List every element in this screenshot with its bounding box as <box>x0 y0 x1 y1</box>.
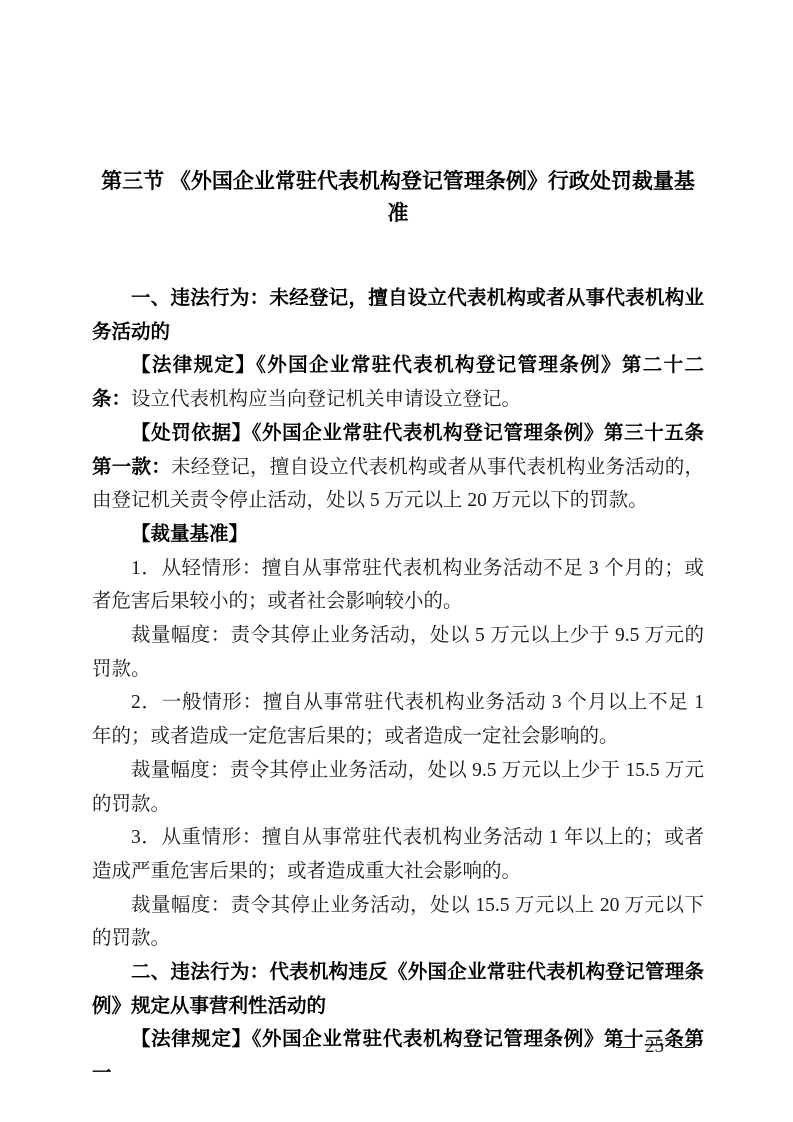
lenient-circumstance: 1．从轻情形：擅自从事常驻代表机构业务活动不足 3 个月的；或者危害后果较小的；… <box>92 552 704 619</box>
general-range-text: 裁量幅度：责令其停止业务活动，处以 9.5 万元以上少于 15.5 万元的罚款。 <box>92 760 704 815</box>
penalty-basis-1-text: 未经登记，擅自设立代表机构或者从事代表机构业务活动的，由登记机关责令停止活动，处… <box>92 457 704 512</box>
general-circumstance: 2．一般情形：擅自从事常驻代表机构业务活动 3 个月以上不足 1 年的；或者造成… <box>92 686 704 753</box>
general-range: 裁量幅度：责令其停止业务活动，处以 9.5 万元以上少于 15.5 万元的罚款。 <box>92 754 704 821</box>
discretion-standard-heading: 【裁量基准】 <box>92 518 704 552</box>
violation-2-heading-text: 二、违法行为：代表机构违反《外国企业常驻代表机构登记管理条例》规定从事营利性活动… <box>92 961 704 1017</box>
general-circumstance-text: 2．一般情形：擅自从事常驻代表机构业务活动 3 个月以上不足 1 年的；或者造成… <box>92 692 704 747</box>
severe-circumstance: 3．从重情形：擅自从事常驻代表机构业务活动 1 年以上的；或者造成严重危害后果的… <box>92 821 704 888</box>
penalty-basis-1: 【处罚依据】《外国企业常驻代表机构登记管理条例》第三十五条第一款：未经登记，擅自… <box>92 417 704 518</box>
lenient-range: 裁量幅度：责令其停止业务活动，处以 5 万元以上少于 9.5 万元的罚款。 <box>92 619 704 686</box>
page-number-value: 25 <box>645 1036 664 1058</box>
page-number-dash-left: — <box>616 1036 635 1058</box>
legal-provision-2: 【法律规定】《外国企业常驻代表机构登记管理条例》第十三条第一 <box>92 1023 704 1090</box>
violation-1-heading: 一、违法行为：未经登记，擅自设立代表机构或者从事代表机构业务活动的 <box>92 282 704 349</box>
severe-circumstance-text: 3．从重情形：擅自从事常驻代表机构业务活动 1 年以上的；或者造成严重危害后果的… <box>92 827 704 882</box>
page-number: —25— <box>616 1036 693 1058</box>
violation-1-heading-text: 一、违法行为：未经登记，擅自设立代表机构或者从事代表机构业务活动的 <box>92 287 704 343</box>
section-title: 第三节 《外国企业常驻代表机构登记管理条例》行政处罚裁量基准 <box>92 166 704 230</box>
page-number-dash-right: — <box>674 1036 693 1058</box>
discretion-standard-label: 【裁量基准】 <box>131 524 248 545</box>
violation-2-heading: 二、违法行为：代表机构违反《外国企业常驻代表机构登记管理条例》规定从事营利性活动… <box>92 956 704 1023</box>
legal-provision-2-label: 【法律规定】《外国企业常驻代表机构登记管理条例》第十三条第一 <box>92 1029 704 1084</box>
lenient-range-text: 裁量幅度：责令其停止业务活动，处以 5 万元以上少于 9.5 万元的罚款。 <box>92 625 704 680</box>
legal-provision-1: 【法律规定】《外国企业常驻代表机构登记管理条例》第二十二条：设立代表机构应当向登… <box>92 349 704 416</box>
document-page: 第三节 《外国企业常驻代表机构登记管理条例》行政处罚裁量基准 一、违法行为：未经… <box>0 0 793 1122</box>
legal-provision-1-text: 设立代表机构应当向登记机关申请设立登记。 <box>131 389 521 410</box>
lenient-circumstance-text: 1．从轻情形：擅自从事常驻代表机构业务活动不足 3 个月的；或者危害后果较小的；… <box>92 558 704 613</box>
page-content: 第三节 《外国企业常驻代表机构登记管理条例》行政处罚裁量基准 一、违法行为：未经… <box>92 166 704 1091</box>
severe-range-text: 裁量幅度：责令其停止业务活动，处以 15.5 万元以上 20 万元以下的罚款。 <box>92 895 704 950</box>
severe-range: 裁量幅度：责令其停止业务活动，处以 15.5 万元以上 20 万元以下的罚款。 <box>92 889 704 956</box>
